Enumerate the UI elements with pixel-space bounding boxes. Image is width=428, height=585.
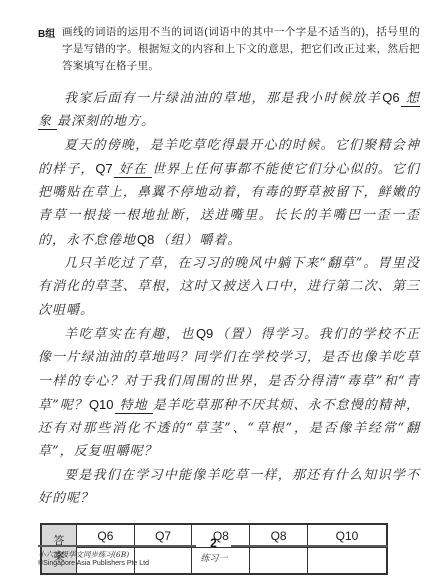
passage-paragraph: 要是我们在学习中能像羊吃草一样，那还有什么知识学不好的呢？ [38, 464, 420, 511]
q7-label: Q7 [94, 161, 113, 176]
q10-underlined-word: 特地 [115, 398, 153, 414]
passage-paragraph: 羊吃草实在有趣，也Q9（置）得学习。我们的学校不正像一片绿油油的草地吗？同学们在… [38, 322, 420, 464]
page-number: 2 [196, 536, 231, 550]
answer-cell-q10 [307, 548, 387, 575]
q6-underlined-word: 想象 [38, 91, 420, 130]
section-label: B组 [38, 24, 62, 75]
instruction-text: 画线的词语的运用不当的词语(词语中的其中一个字是不适当的)，括号里的字是写错的字… [62, 24, 420, 75]
passage-paragraph: 几只羊吃过了草，在习习的晚风中躺下来“翻草”。胃里没有消化的草茎、草根，这时又被… [38, 252, 420, 322]
q8-bracketed-word: （组） [155, 233, 199, 248]
q8-label: Q8 [136, 232, 155, 247]
passage-paragraph: 夏天的傍晚，是羊吃草吃得最开心的时候。它们聚精会神的样子，Q7好在世界上任何事都… [38, 134, 420, 252]
exercise-label: 练习一 [179, 551, 249, 564]
q9-bracketed-word: （置） [214, 327, 260, 342]
copyright-notice: ©Singapore Asia Publishers Pte Ltd [38, 560, 149, 567]
footer-rule-left [38, 545, 196, 547]
passage-paragraph: 我家后面有一片绿油油的草地，那是我小时候放羊Q6想象最深刻的地方。 [38, 86, 420, 134]
passage: 我家后面有一片绿油油的草地，那是我小时候放羊Q6想象最深刻的地方。夏天的傍晚，是… [38, 86, 420, 510]
instruction-block: B组 画线的词语的运用不当的词语(词语中的其中一个字是不适当的)，括号里的字是写… [38, 24, 420, 75]
q9-label: Q9 [195, 326, 214, 341]
answer-cell-q8b [250, 548, 308, 575]
book-title: 小六高级华文同步练习(6B) [38, 549, 129, 560]
q6-label: Q6 [381, 90, 400, 105]
q7-underlined-word: 好在 [114, 162, 152, 178]
q10-label: Q10 [88, 397, 115, 412]
footer-rule-right [231, 545, 388, 547]
worksheet-page: B组 画线的词语的运用不当的词语(词语中的其中一个字是不适当的)，括号里的字是写… [0, 0, 428, 585]
